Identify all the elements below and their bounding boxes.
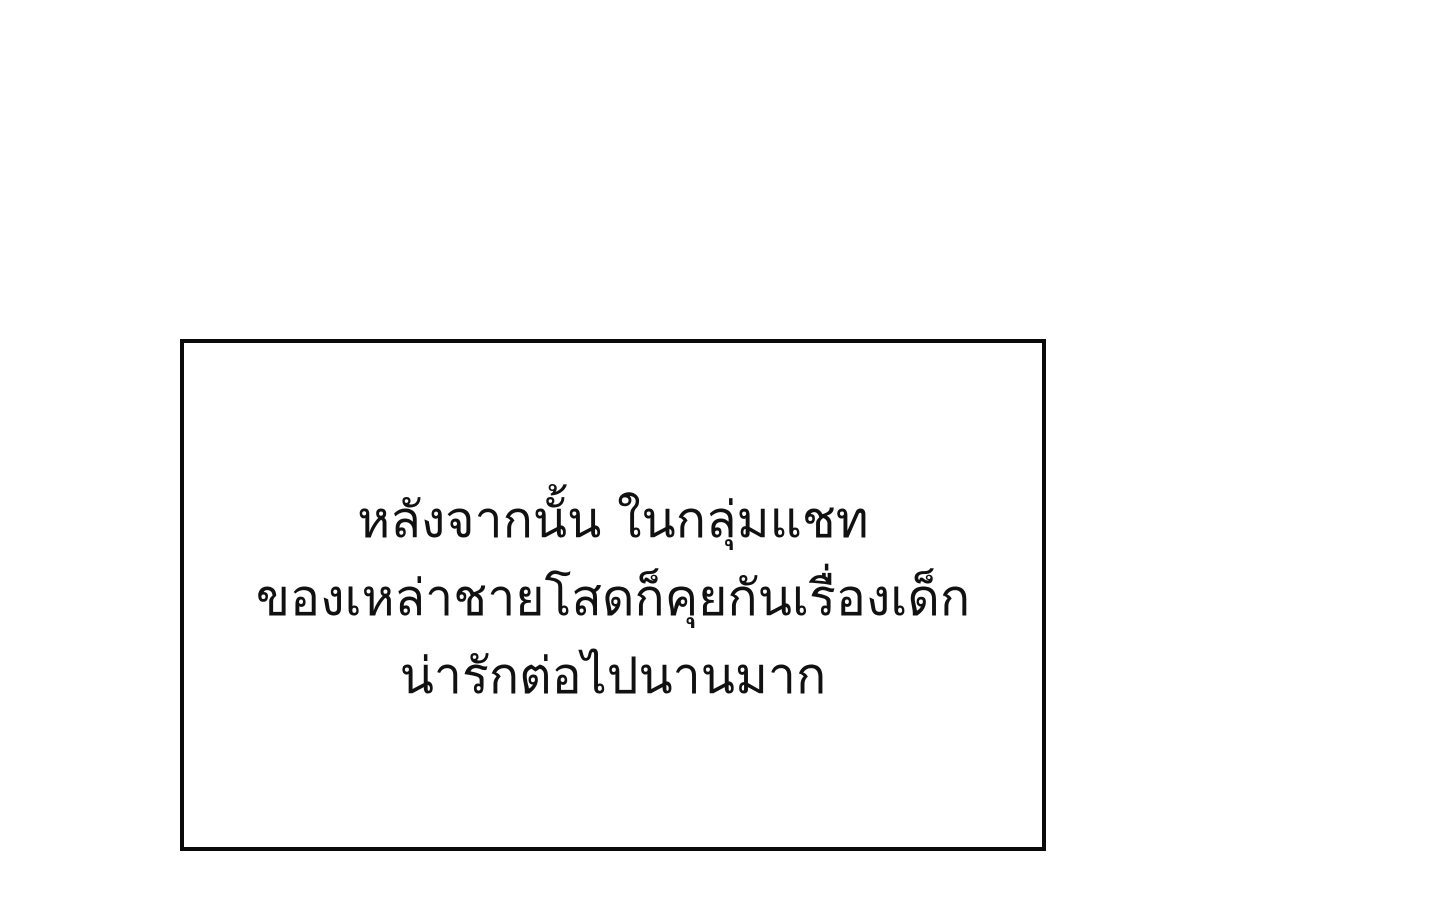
narration-line-1: หลังจากนั้น ในกลุ่มแชท (256, 481, 970, 559)
comic-panel-page: หลังจากนั้น ในกลุ่มแชท ของเหล่าชายโสดก็ค… (0, 0, 1440, 900)
narration-text: หลังจากนั้น ในกลุ่มแชท ของเหล่าชายโสดก็ค… (256, 481, 970, 715)
narration-box: หลังจากนั้น ในกลุ่มแชท ของเหล่าชายโสดก็ค… (180, 339, 1046, 851)
narration-line-3: น่ารักต่อไปนานมาก (256, 637, 970, 715)
narration-line-2: ของเหล่าชายโสดก็คุยกันเรื่องเด็ก (256, 559, 970, 637)
